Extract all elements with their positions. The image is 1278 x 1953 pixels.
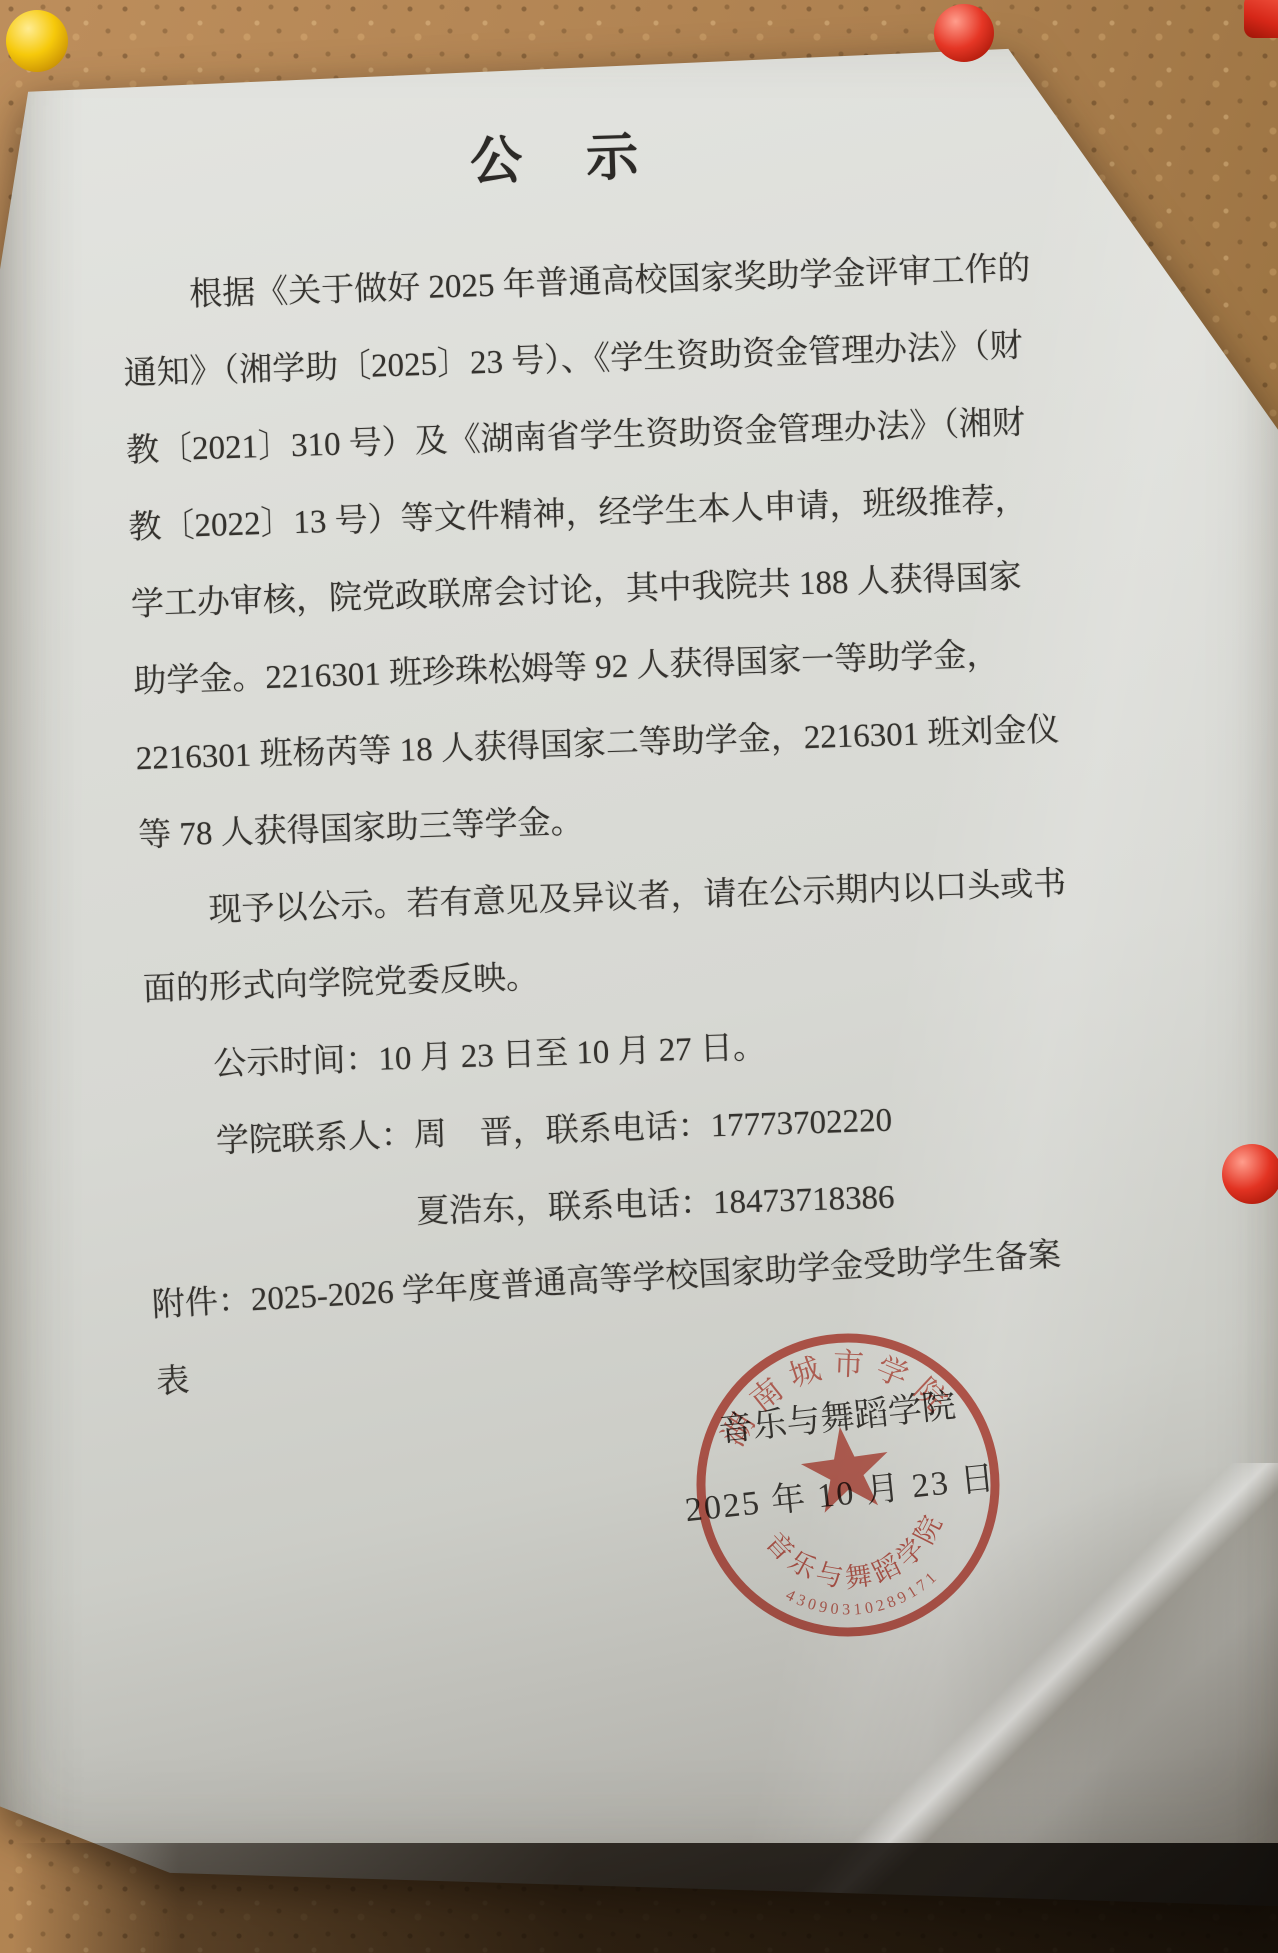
red-pushpin-icon xyxy=(934,4,994,62)
red-pushpin-corner-icon xyxy=(1244,0,1278,38)
paper-wrap: 公 示 根据《关于做好 2025 年普通高校国家奖助学金评审工作的 通知》（湘学… xyxy=(0,0,1278,1953)
notice-content: 公 示 根据《关于做好 2025 年普通高校国家奖助学金评审工作的 通知》（湘学… xyxy=(116,104,1036,1422)
official-seal-stamp: 湖南城市学院 音乐与舞蹈学院 43090310289171 xyxy=(662,1299,1035,1672)
red-pushpin-right-icon xyxy=(1222,1144,1278,1204)
paper-bottom-shadow xyxy=(0,1843,1278,1953)
seal-arc-text-top: 湖南城市学院 xyxy=(706,1330,965,1456)
seal-star-icon xyxy=(797,1420,895,1515)
yellow-pushpin-icon xyxy=(6,10,68,72)
svg-text:湖南城市学院: 湖南城市学院 xyxy=(706,1330,965,1456)
notice-photo: 公 示 根据《关于做好 2025 年普通高校国家奖助学金评审工作的 通知》（湘学… xyxy=(0,0,1278,1953)
notice-paper: 公 示 根据《关于做好 2025 年普通高校国家奖助学金评审工作的 通知》（湘学… xyxy=(0,0,1278,1953)
